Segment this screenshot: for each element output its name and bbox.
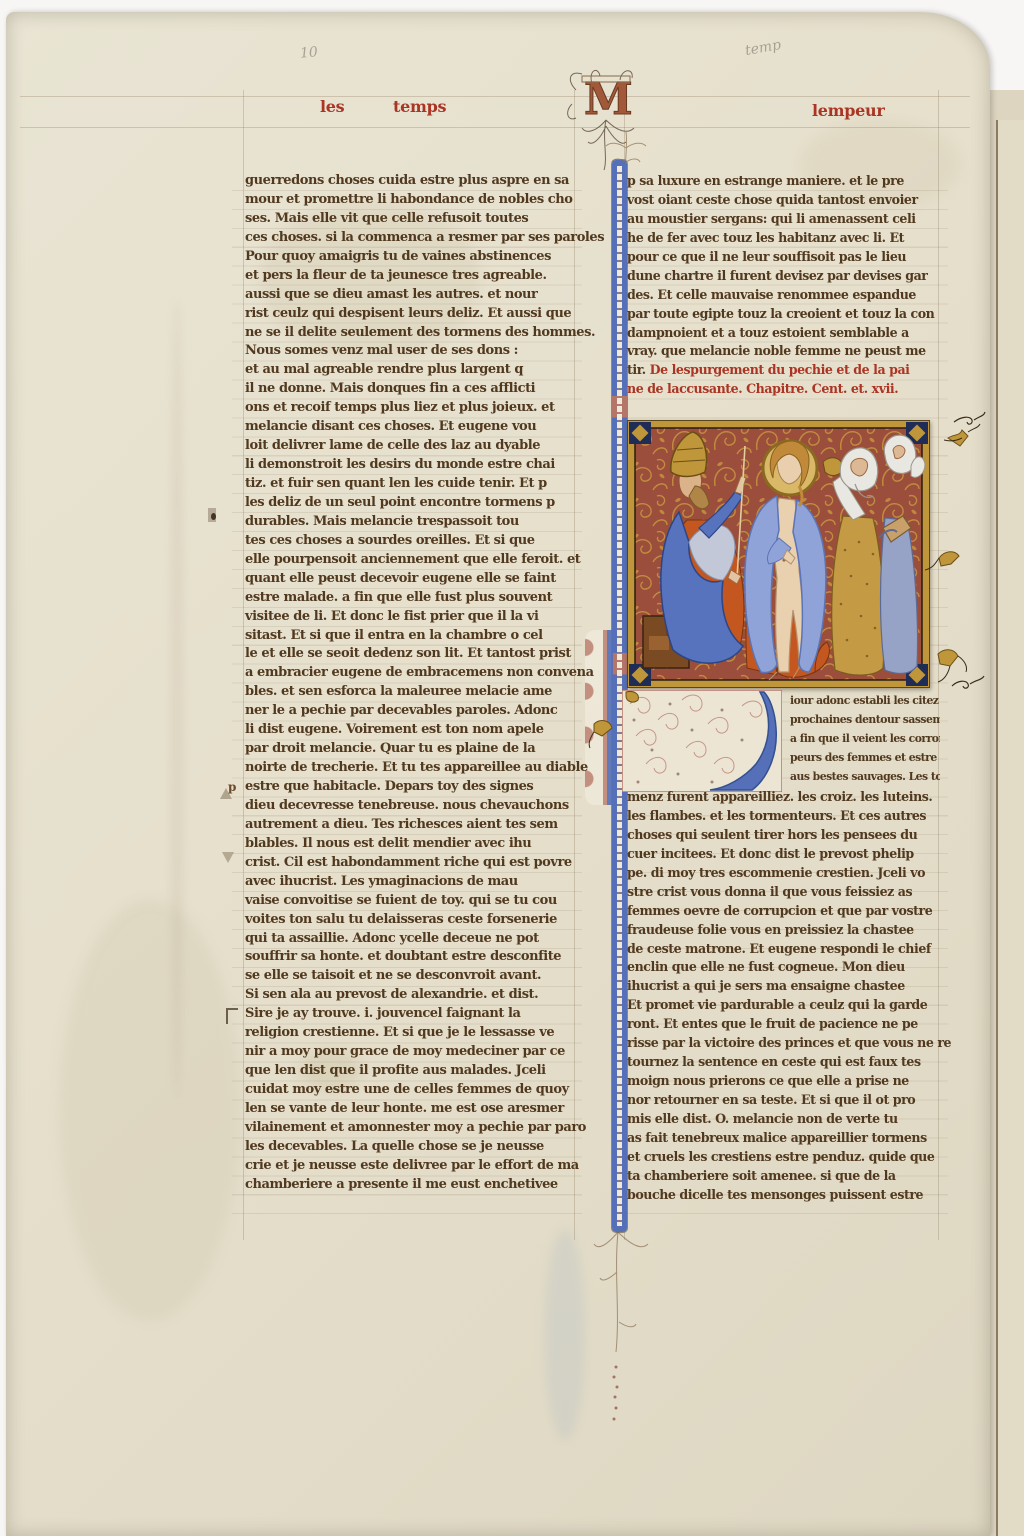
manuscript-text-line: peurs des femmes et estre baillies [790, 749, 940, 768]
manuscript-text-line: p sa luxure en estrange maniere. et le p… [627, 172, 939, 191]
manuscript-text-line: pour ce que il ne leur souffisoit pas le… [627, 248, 939, 267]
manuscript-text-line: li dist eugene. Voirement est ton nom ap… [245, 721, 575, 740]
manuscript-text-line: durables. Mais melancie trespassoit tou [245, 513, 575, 532]
manuscript-text-line: iour adonc establi les citez [790, 692, 940, 711]
manuscript-text-line: il ne donne. Mais donques fin a ces affl… [245, 380, 575, 399]
manuscript-text-line: mour et promettre li habondance de noble… [245, 191, 575, 210]
miniature-painting [627, 420, 930, 688]
manuscript-text-line: he de fer avec touz les habitanz avec li… [627, 229, 939, 248]
manuscript-text-line: aus bestes sauvages. Les tor [790, 768, 940, 787]
manuscript-text-line: voites ton salu tu delaisseras ceste for… [245, 911, 575, 930]
manuscript-text-line: aussi que se dieu amast les autres. et n… [245, 286, 575, 305]
manuscript-text-line: bouche dicelle tes mensonges puissent es… [627, 1186, 939, 1205]
manuscript-text-line: elle pourpensoit anciennement que elle f… [245, 551, 575, 570]
manuscript-text-line: prochaines dentour sassemblerent [790, 711, 940, 730]
ivy-leaf [925, 540, 969, 574]
manuscript-text-line: vray. que melancie noble femme ne peust … [627, 342, 939, 361]
left-text-column: guerredons choses cuida estre plus aspre… [245, 172, 575, 1195]
manuscript-text-line: le et elle se seoit dedenz son lit. Et t… [245, 645, 575, 664]
manuscript-text-line: qui ta assaillie. Adonc ycelle deceue ne… [245, 930, 575, 949]
rubric-text-red: De lespurgement du pechie et de la pai [650, 362, 910, 377]
manuscript-text-line: choses qui seulent tirer hors les pensee… [627, 826, 939, 845]
manuscript-text-line: religion crestienne. Et si que je le les… [245, 1024, 575, 1043]
manuscript-text-line: nor retourner en sa teste. Et si que il … [627, 1091, 939, 1110]
manuscript-text-line: vaise convoitise se fuient de toy. qui s… [245, 892, 575, 911]
manuscript-text-line: vilainement et amonnester moy a pechie p… [245, 1119, 575, 1138]
chapter-indented-lines: iour adonc establi les citezprochaines d… [790, 692, 940, 787]
manuscript-text-line: cuidat moy estre une de celles femmes de… [245, 1081, 575, 1100]
manuscript-text-line: pe. di moy tres escommenie crestien. Jce… [627, 864, 939, 883]
manuscript-text-line: et au mal agreable rendre plus largent q [245, 361, 575, 380]
manuscript-text-line: as fait tenebreux malice appareillier to… [627, 1129, 939, 1148]
manuscript-text-line: et cruels les crestiens estre penduz. qu… [627, 1148, 939, 1167]
running-title-lempeur: lempeur [812, 101, 885, 120]
ruling-line [20, 96, 970, 97]
manuscript-text-line: blables. Il nous est delit mendier avec … [245, 835, 575, 854]
manuscript-text-line: a fin que il veient les corrom [790, 730, 940, 749]
manuscript-text-line: li demonstroit les desirs du monde estre… [245, 456, 575, 475]
margin-triangle-mark [220, 788, 232, 799]
ruling-line [20, 127, 970, 128]
manuscript-text-line: par droit melancie. Quar tu es plaine de… [245, 740, 575, 759]
manuscript-text-line: rist ceulz qui despisent leurs deliz. Et… [245, 305, 575, 324]
manuscript-text-line: melancie disant ces choses. Et eugene vo… [245, 418, 575, 437]
manuscript-text-line: tiz. et fuir sen quant len les cuide ten… [245, 475, 575, 494]
manuscript-text-line: noirte de trecherie. Et tu tes appareill… [245, 759, 575, 778]
manuscript-text-line: tes ces choses a sourdes oreilles. Et si… [245, 532, 575, 551]
manuscript-text-line: dampnoient et a touz estoient semblable … [627, 324, 939, 343]
manuscript-text-line: Et promet vie pardurable a ceulz qui la … [627, 996, 939, 1015]
manuscript-photo: { "page": { "header": { "left_title_word… [0, 0, 1024, 1536]
pencil-annotation-left: 10 [299, 44, 318, 61]
ivy-tendril-curl [950, 672, 986, 694]
manuscript-text-line: risse par la victoire des princes et que… [627, 1034, 939, 1053]
manuscript-text-line: se elle se taisoit et ne se desconvroit … [245, 967, 575, 986]
manuscript-text-line: Pour quoy amaigris tu de vaines abstinen… [245, 248, 575, 267]
manuscript-text-line: estre que habitacle. Depars toy des sign… [245, 778, 575, 797]
manuscript-text-line: Si sen ala au prevost de alexandrie. et … [245, 986, 575, 1005]
rubric-line-2: ne de laccusante. Chapitre. Cent. et. xv… [627, 380, 939, 399]
manuscript-text-line: par toute egipte touz la creoient et tou… [627, 305, 939, 324]
manuscript-text-line: len se vante de leur honte. me est ose a… [245, 1100, 575, 1119]
running-title-les: les [320, 97, 344, 116]
margin-triangle-mark [222, 852, 234, 863]
manuscript-text-line: visitee de li. Et donc le fist prier que… [245, 608, 575, 627]
manuscript-text-line: tournez la sentence en ceste qui est fau… [627, 1053, 939, 1072]
manuscript-text-line: bles. et sen esforca la maleuree melacie… [245, 683, 575, 702]
manuscript-text-line: a embracier eugene de embracemens non co… [245, 664, 575, 683]
manuscript-text-line: loit delivrer lame de celle des laz au d… [245, 437, 575, 456]
manuscript-text-line: souffrir sa honte. et doubtant estre des… [245, 948, 575, 967]
manuscript-text-line: vost oiant ceste chose quida tantost env… [627, 191, 939, 210]
rubric-prefix-black: tir. [627, 362, 650, 377]
divider-top-spray [596, 128, 656, 178]
manuscript-text-line: ront. Et entes que le fruit de pacience … [627, 1015, 939, 1034]
right-text-column-top: p sa luxure en estrange maniere. et le p… [627, 172, 939, 361]
manuscript-text-line: crie et je neusse este delivree par le e… [245, 1157, 575, 1176]
manuscript-text-line: quant elle peust decevoir eugene elle se… [245, 570, 575, 589]
manuscript-text-line: stre crist vous donna il que vous feissi… [627, 883, 939, 902]
manuscript-text-line: les deliz de un seul point encontre torm… [245, 494, 575, 513]
manuscript-text-line: Sire je ay trouve. i. jouvencel faignant… [245, 1005, 575, 1024]
manuscript-text-line: menz furent appareilliez. les croiz. les… [627, 788, 939, 807]
manuscript-text-line: ces choses. si la commenca a resmer par … [245, 229, 575, 248]
manuscript-text-line: ses. Mais elle vit que celle refusoit to… [245, 210, 575, 229]
manuscript-text-line: sitast. Et si que il entra en la chambre… [245, 627, 575, 646]
manuscript-text-line: estre malade. a fin que elle fust plus s… [245, 589, 575, 608]
manuscript-text-line: ihucrist a qui je sers ma ensaigne chast… [627, 977, 939, 996]
rubric-line-1: tir. De lespurgement du pechie et de la … [627, 361, 939, 380]
margin-smudge [208, 508, 216, 522]
manuscript-text-line: cuer incitees. Et donc dist le prevost p… [627, 845, 939, 864]
rubric: tir. De lespurgement du pechie et de la … [627, 361, 939, 399]
book-page-edge-2 [996, 120, 1024, 1536]
manuscript-text-line: dieu decevresse tenebreuse. nous chevauc… [245, 797, 575, 816]
manuscript-text-line: femmes oevre de corrupcion et que par vo… [627, 902, 939, 921]
manuscript-text-line: au moustier sergans: qui li amenassent c… [627, 210, 939, 229]
manuscript-text-line: enclin que elle ne fust cogneue. Mon die… [627, 958, 939, 977]
manuscript-text-line: ner le a pechie par decevables paroles. … [245, 702, 575, 721]
manuscript-text-line: mis elle dist. O. melancie non de verte … [627, 1110, 939, 1129]
manuscript-text-line: chamberiere a presente il me eust enchet… [245, 1176, 575, 1195]
manuscript-text-line: nir a moy pour grace de moy medeciner pa… [245, 1043, 575, 1062]
manuscript-text-line: de ceste matrone. Et eugene respondi le … [627, 940, 939, 959]
manuscript-text-line: des. Et celle mauvaise renommee espandue [627, 286, 939, 305]
manuscript-text-line: avec ihucrist. Les ymaginacions de mau [245, 873, 575, 892]
manuscript-text-line: fraudeuse folie vous en preissiez la cha… [627, 921, 939, 940]
ivy-tendril-curl [952, 410, 986, 430]
manuscript-text-line: ne se il delite seulement des tormens de… [245, 324, 575, 343]
ivy-leaf [584, 710, 618, 750]
margin-cross-mark [226, 1008, 238, 1024]
manuscript-text-line: que len dist que il profite aus malades.… [245, 1062, 575, 1081]
manuscript-text-line: autrement a dieu. Tes richesces aient te… [245, 816, 575, 835]
manuscript-text-line: dune chartre il furent devisez par devis… [627, 267, 939, 286]
manuscript-text-line: Nous somes venz mal user de ses dons : [245, 342, 575, 361]
chapter-decorated-initial [622, 690, 782, 792]
manuscript-text-line: les decevables. La quelle chose se je ne… [245, 1138, 575, 1157]
manuscript-text-line: les flambes. et les tormenteurs. Et ces … [627, 807, 939, 826]
manuscript-text-line: ta chamberiere soit amenee. si que de la [627, 1167, 939, 1186]
manuscript-text-line: ons et recoif temps plus liez et plus jo… [245, 399, 575, 418]
running-title-temps: temps [393, 97, 446, 116]
manuscript-text-line: crist. Cil est habondamment riche qui es… [245, 854, 575, 873]
manuscript-text-line: guerredons choses cuida estre plus aspre… [245, 172, 575, 191]
divider-penwork-tail [590, 1232, 660, 1432]
chapter-full-lines: menz furent appareilliez. les croiz. les… [627, 788, 939, 1205]
manuscript-text-line: moign nous prierons ce que elle a prise … [627, 1072, 939, 1091]
manuscript-text-line: et pers la fleur de ta jeunesce tres agr… [245, 267, 575, 286]
